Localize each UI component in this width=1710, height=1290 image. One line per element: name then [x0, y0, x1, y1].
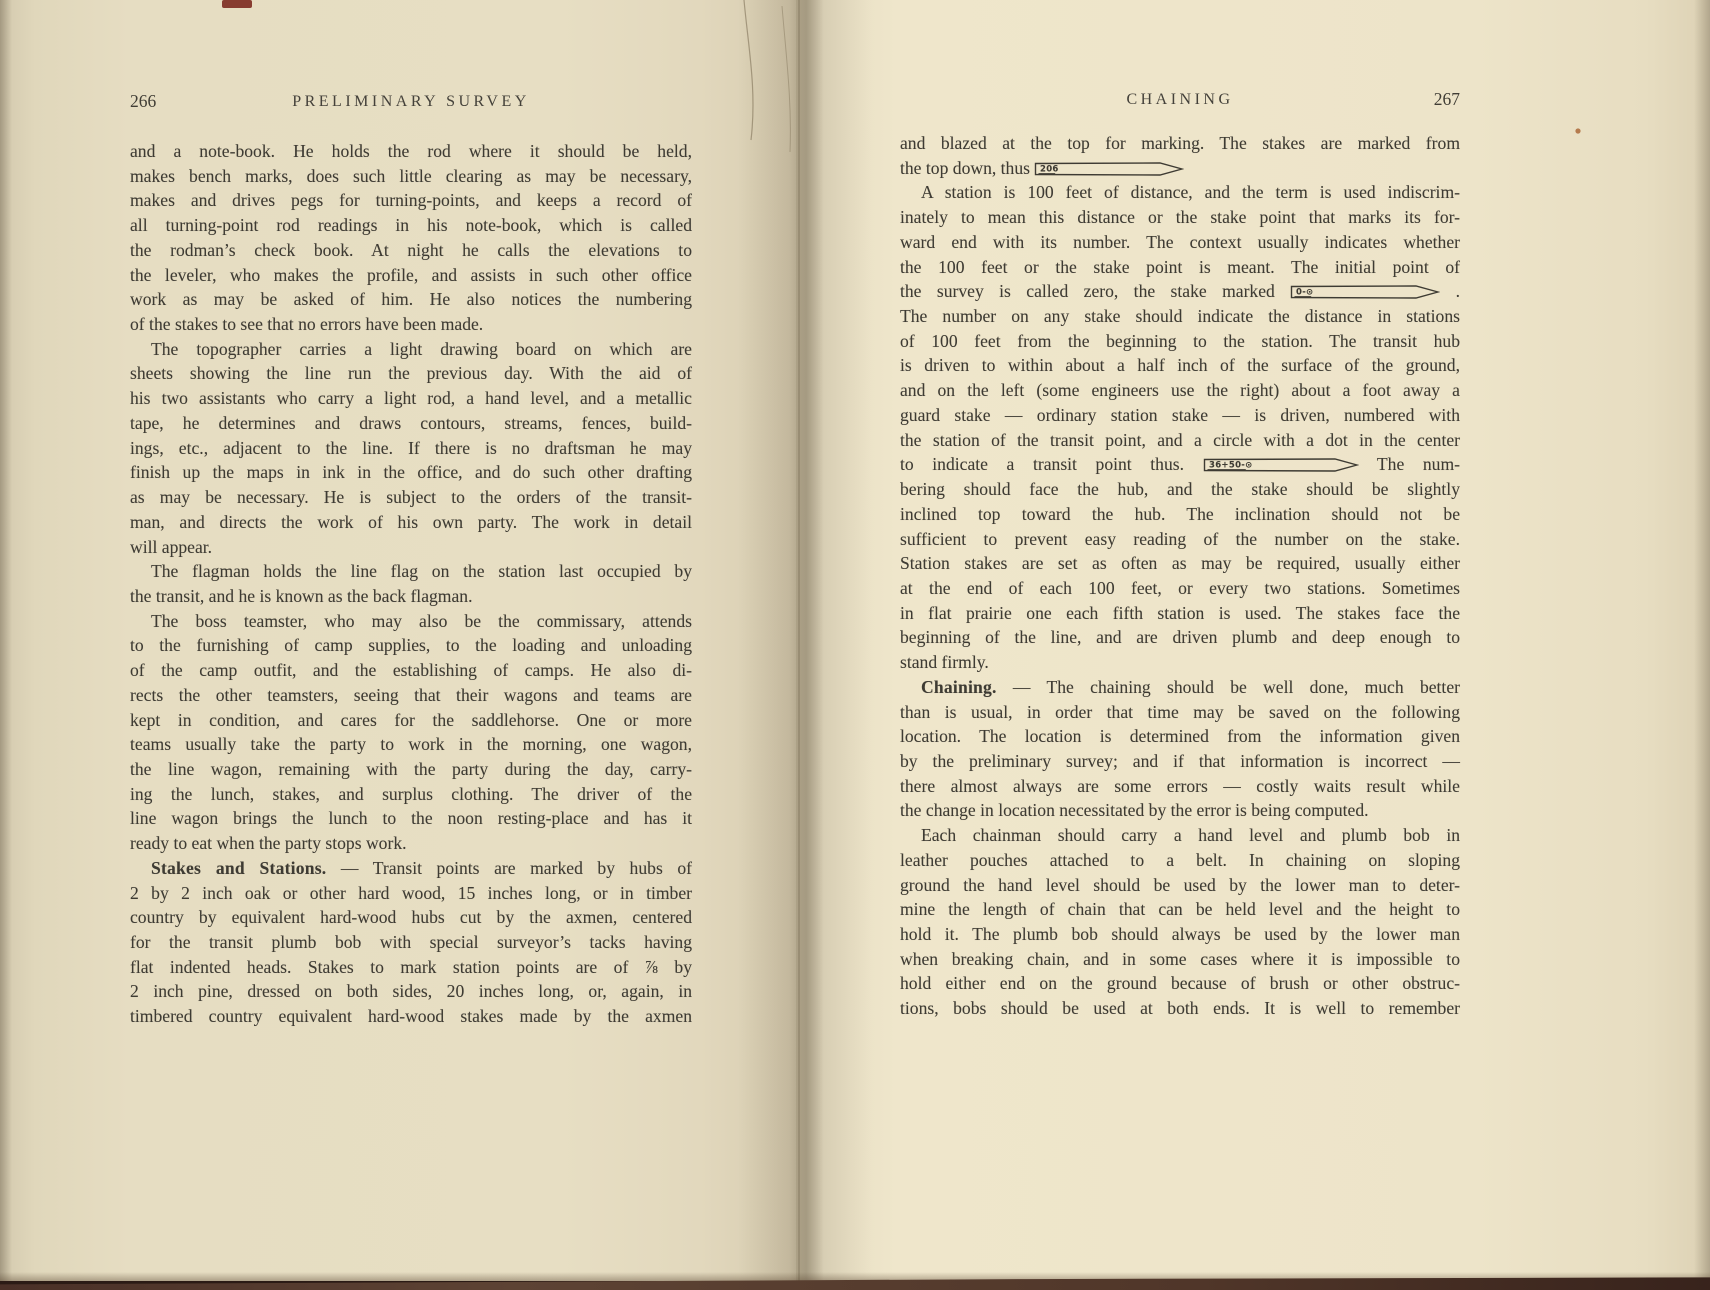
- text-line: the station of the transit point, and a …: [900, 428, 1460, 453]
- text-line: Station stakes are set as often as may b…: [900, 551, 1460, 576]
- text-line: the top down, thus 206: [900, 156, 1460, 181]
- left-page-body: and a note-book. He holds the rod where …: [130, 139, 692, 1029]
- left-page: 266 PRELIMINARY SURVEY and a note-book. …: [0, 0, 796, 1281]
- text-line: for the transit plumb bob with special s…: [130, 930, 692, 955]
- text-line: the survey is called zero, the stake mar…: [900, 279, 1460, 304]
- text-line: the leveler, who makes the profile, and …: [130, 263, 692, 288]
- left-running-head: PRELIMINARY SURVEY: [130, 93, 692, 111]
- text-line: ready to eat when the party stops work.: [130, 831, 692, 856]
- text-line: leather pouches attached to a belt. In c…: [900, 848, 1460, 873]
- text-line: when breaking chain, and in some cases w…: [900, 947, 1460, 972]
- right-page-number: 267: [1434, 89, 1460, 110]
- text-line: kept in condition, and cares for the sad…: [130, 708, 692, 733]
- text-line: inclined top toward the hub. The inclina…: [900, 502, 1460, 527]
- text-line: The number on any stake should indicate …: [900, 304, 1460, 329]
- text-line: the rodman’s check book. At night he cal…: [130, 238, 692, 263]
- text-line: ings, etc., adjacent to the line. If the…: [130, 436, 692, 461]
- text-line: will appear.: [130, 535, 692, 560]
- left-page-header: 266 PRELIMINARY SURVEY: [130, 93, 692, 117]
- text-line: the change in location necessitated by t…: [900, 798, 1460, 823]
- text-line: flat indented heads. Stakes to mark stat…: [130, 955, 692, 980]
- text-line: 2 by 2 inch oak or other hard wood, 15 i…: [130, 881, 692, 906]
- svg-text:206: 206: [1040, 164, 1059, 174]
- right-page-header: CHAINING 267: [900, 91, 1460, 115]
- bold-lead-in: Stakes and Stations.: [151, 858, 326, 878]
- text-line: A station is 100 feet of distance, and t…: [900, 180, 1460, 205]
- bold-lead-in: Chaining.: [921, 677, 997, 697]
- text-line: Each chainman should carry a hand level …: [900, 823, 1460, 848]
- text-line: the transit, and he is known as the back…: [130, 584, 692, 609]
- text-line: beginning of the line, and are driven pl…: [900, 625, 1460, 650]
- right-running-head: CHAINING: [900, 91, 1460, 109]
- text-line: of the stakes to see that no errors have…: [130, 312, 692, 337]
- text-line: tape, he determines and draws contours, …: [130, 411, 692, 436]
- text-line: bering should face the hub, and the stak…: [900, 477, 1460, 502]
- text-line: and on the left (some engineers use the …: [900, 378, 1460, 403]
- text-line: The boss teamster, who may also be the c…: [130, 609, 692, 634]
- right-page: CHAINING 267 and blazed at the top for m…: [796, 0, 1710, 1281]
- svg-text:0-⊙: 0-⊙: [1296, 288, 1313, 298]
- text-line: stand firmly.: [900, 650, 1460, 675]
- text-line: hold either end on the ground because of…: [900, 971, 1460, 996]
- text-line: timbered country equivalent hard-wood st…: [130, 1004, 692, 1029]
- text-line: and blazed at the top for marking. The s…: [900, 131, 1460, 156]
- text-line: ward end with its number. The context us…: [900, 230, 1460, 255]
- text-line: and a note-book. He holds the rod where …: [130, 139, 692, 164]
- stake-diagram: 0-⊙: [1290, 284, 1440, 300]
- text-line: location. The location is determined fro…: [900, 724, 1460, 749]
- stake-diagram: 206: [1034, 161, 1184, 177]
- text-line: there almost always are some errors — co…: [900, 774, 1460, 799]
- text-line: line wagon brings the lunch to the noon …: [130, 806, 692, 831]
- text-line: The topographer carries a light drawing …: [130, 337, 692, 362]
- text-line: 2 inch pine, dressed on both sides, 20 i…: [130, 979, 692, 1004]
- text-line: his two assistants who carry a light rod…: [130, 386, 692, 411]
- text-line: ing the lunch, stakes, and surplus cloth…: [130, 782, 692, 807]
- text-line: of the camp outfit, and the establishing…: [130, 658, 692, 683]
- text-line: to indicate a transit point thus. 36+50-…: [900, 452, 1460, 477]
- text-line: of 100 feet from the beginning to the st…: [900, 329, 1460, 354]
- text-line: as may be necessary. He is subject to th…: [130, 485, 692, 510]
- text-line: tions, bobs should be used at both ends.…: [900, 996, 1460, 1021]
- text-line: work as may be asked of him. He also not…: [130, 287, 692, 312]
- text-line: man, and directs the work of his own par…: [130, 510, 692, 535]
- text-line: The flagman holds the line flag on the s…: [130, 559, 692, 584]
- book-scan: 266 PRELIMINARY SURVEY and a note-book. …: [0, 0, 1710, 1290]
- text-line: by the preliminary survey; and if that i…: [900, 749, 1460, 774]
- text-line: ground the hand level should be used by …: [900, 873, 1460, 898]
- text-line: in flat prairie one each fifth station i…: [900, 601, 1460, 626]
- text-line: the line wagon, remaining with the party…: [130, 757, 692, 782]
- text-line: Chaining. — The chaining should be well …: [900, 675, 1460, 700]
- text-line: finish up the maps in ink in the office,…: [130, 460, 692, 485]
- text-line: the 100 feet or the stake point is meant…: [900, 255, 1460, 280]
- text-line: all turning-point rod readings in his no…: [130, 213, 692, 238]
- text-line: guard stake — ordinary station stake — i…: [900, 403, 1460, 428]
- text-line: to the furnishing of camp supplies, to t…: [130, 633, 692, 658]
- text-line: hold it. The plumb bob should always be …: [900, 922, 1460, 947]
- text-line: is driven to within about a half inch of…: [900, 353, 1460, 378]
- text-line: teams usually take the party to work in …: [130, 732, 692, 757]
- right-page-body: and blazed at the top for marking. The s…: [900, 131, 1460, 1021]
- text-line: makes and drives pegs for turning-points…: [130, 188, 692, 213]
- text-line: makes bench marks, does such little clea…: [130, 164, 692, 189]
- text-line: at the end of each 100 feet, or every tw…: [900, 576, 1460, 601]
- svg-text:36+50-⊙: 36+50-⊙: [1209, 461, 1253, 471]
- text-line: than is usual, in order that time may be…: [900, 700, 1460, 725]
- text-line: sufficient to prevent easy reading of th…: [900, 527, 1460, 552]
- text-line: inately to mean this distance or the sta…: [900, 205, 1460, 230]
- text-line: rects the other teamsters, seeing that t…: [130, 683, 692, 708]
- text-line: sheets showing the line run the previous…: [130, 361, 692, 386]
- stake-diagram: 36+50-⊙: [1203, 457, 1359, 473]
- text-line: Stakes and Stations. — Transit points ar…: [130, 856, 692, 881]
- left-page-number: 266: [130, 91, 156, 112]
- text-line: country by equivalent hard-wood hubs cut…: [130, 905, 692, 930]
- text-line: mine the length of chain that can be hel…: [900, 897, 1460, 922]
